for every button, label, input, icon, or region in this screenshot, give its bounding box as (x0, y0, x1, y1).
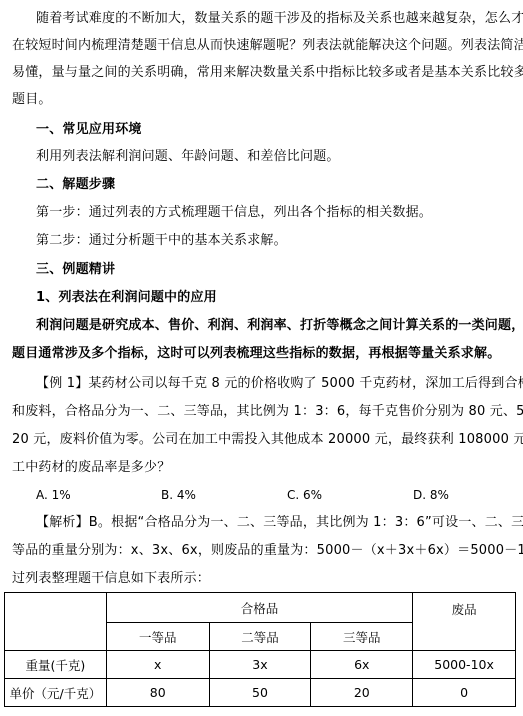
table-row: 重量(千克) x 3x 6x 5000-10x (5, 651, 516, 679)
example-line-4: 工中药材的废品率是多少？ (12, 460, 170, 476)
row-label-unit-price: 单价（元/千克） (5, 679, 107, 707)
cell-price-waste: 0 (413, 679, 516, 707)
profit-intro-line-1: 利润问题是研究成本、售价、利润、利润率、打折等概念之间计算关系的一类问题， (36, 318, 523, 334)
cell-price-grade-2: 50 (209, 679, 311, 707)
intro-line-1: 随着考试难度的不断加大，数量关系的题干涉及的指标及关系也越来越复杂，怎么才能 (36, 11, 523, 27)
step-1: 第一步：通过列表的方式梳理题干信息，列出各个指标的相关数据。 (36, 205, 432, 221)
analysis-line-1: 【解析】B。根据“合格品分为一、二、三等品，其比例为 1：3：6”可设一、二、三 (36, 515, 523, 531)
cell-weight-grade-3: 6x (311, 651, 413, 679)
header-qualified: 合格品 (106, 593, 412, 623)
profit-intro-line-2: 题目通常涉及多个指标，这时可以列表梳理这些指标的数据，再根据等量关系求解。 (12, 346, 500, 362)
header-grade-1: 一等品 (106, 623, 209, 651)
header-grade-3: 三等品 (311, 623, 413, 651)
example-line-1: 【例 1】某药材公司以每千克 8 元的价格收购了 5000 千克药材，深加工后得… (36, 376, 523, 392)
intro-line-3: 易懂，量与量之间的关系明确，常用来解决数量关系中指标比较多或者是基本关系比较多的 (12, 65, 523, 81)
section-heading-steps: 二、解题步骤 (36, 177, 115, 193)
cell-weight-grade-1: x (106, 651, 209, 679)
table-row: 单价（元/千克） 80 50 20 0 (5, 679, 516, 707)
header-grade-2: 二等品 (209, 623, 311, 651)
intro-line-4: 题目。 (12, 92, 52, 108)
sub-heading-profit: 1、列表法在利润问题中的应用 (36, 290, 217, 306)
example-line-3: 20 元，废料价值为零。公司在加工中需投入其他成本 20000 元，最终获利 1… (12, 432, 523, 448)
cell-price-grade-1: 80 (106, 679, 209, 707)
section-heading-examples: 三、例题精讲 (36, 262, 115, 278)
option-c: C. 6% (287, 488, 322, 502)
intro-line-2: 在较短时间内梳理清楚题干信息从而快速解题呢？列表法就能解决这个问题。列表法简洁、 (12, 38, 523, 54)
option-a: A. 1% (36, 488, 71, 502)
cell-weight-grade-2: 3x (209, 651, 311, 679)
analysis-line-2: 等品的重量分别为：x、3x、6x，则废品的重量为：5000－（x＋3x＋6x）＝… (12, 543, 523, 559)
example-line-2: 和废料，合格品分为一、二、三等品，其比例为 1：3：6，每千克售价分别为 80 … (12, 404, 523, 420)
section-heading-applications: 一、常见应用环境 (36, 122, 142, 138)
row-label-weight: 重量(千克) (5, 651, 107, 679)
section1-body: 利用列表法解利润问题、年龄问题、和差倍比问题。 (36, 149, 340, 165)
header-waste: 废品 (413, 593, 516, 651)
cell-weight-waste: 5000-10x (413, 651, 516, 679)
option-b: B. 4% (161, 488, 196, 502)
profit-data-table: 合格品 废品 一等品 二等品 三等品 重量(千克) x 3x 6x 5000-1… (4, 592, 516, 707)
step-2: 第二步：通过分析题干中的基本关系求解。 (36, 233, 287, 249)
table-corner-cell (5, 593, 107, 651)
analysis-line-3: 过列表整理题干信息如下表所示： (12, 571, 210, 587)
cell-price-grade-3: 20 (311, 679, 413, 707)
option-d: D. 8% (413, 488, 449, 502)
